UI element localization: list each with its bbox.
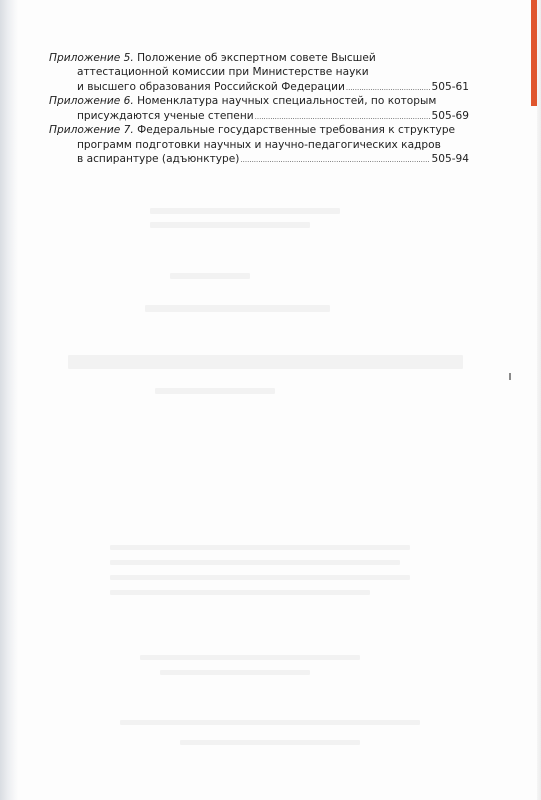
toc-entry-title: Федеральные государственные требования к…: [137, 124, 455, 136]
toc-entry-title: Номенклатура научных специальностей, по …: [137, 95, 436, 107]
dot-leader: [255, 110, 431, 124]
toc-entry-title-continued: в аспирантуре (адъюнктуре): [77, 152, 239, 166]
toc-entry-label: Приложение 5.: [49, 52, 134, 64]
toc-entry-title-continued: присуждаются ученые степени: [77, 109, 254, 123]
binding-shadow: [0, 0, 18, 800]
toc-entry-title: Положение об экспертном совете Высшей: [137, 52, 376, 64]
document-page: Приложение 5. Положение об экспертном со…: [0, 0, 541, 800]
dot-leader: [240, 153, 430, 167]
toc-page-number: 505-94: [431, 152, 469, 166]
toc-entry-label: Приложение 6.: [49, 95, 134, 107]
toc-entry-label: Приложение 7.: [49, 124, 134, 136]
toc-entry-appendix-5[interactable]: Приложение 5. Положение об экспертном со…: [49, 51, 469, 94]
table-of-contents: Приложение 5. Положение об экспертном со…: [49, 51, 469, 166]
scan-speck: [509, 373, 511, 380]
toc-entry-title-continued: и высшего образования Российской Федерац…: [77, 80, 345, 94]
toc-entry-appendix-7[interactable]: Приложение 7. Федеральные государственны…: [49, 123, 469, 166]
orange-accent-bar: [531, 0, 537, 106]
toc-page-number: 505-61: [431, 80, 469, 94]
toc-entry-title-continued: аттестационной комиссии при Министерстве…: [49, 65, 469, 79]
toc-entry-appendix-6[interactable]: Приложение 6. Номенклатура научных специ…: [49, 94, 469, 123]
toc-entry-title-continued: программ подготовки научных и научно-пед…: [49, 138, 469, 152]
page-edge: [537, 0, 541, 800]
toc-page-number: 505-69: [431, 109, 469, 123]
dot-leader: [346, 81, 431, 95]
